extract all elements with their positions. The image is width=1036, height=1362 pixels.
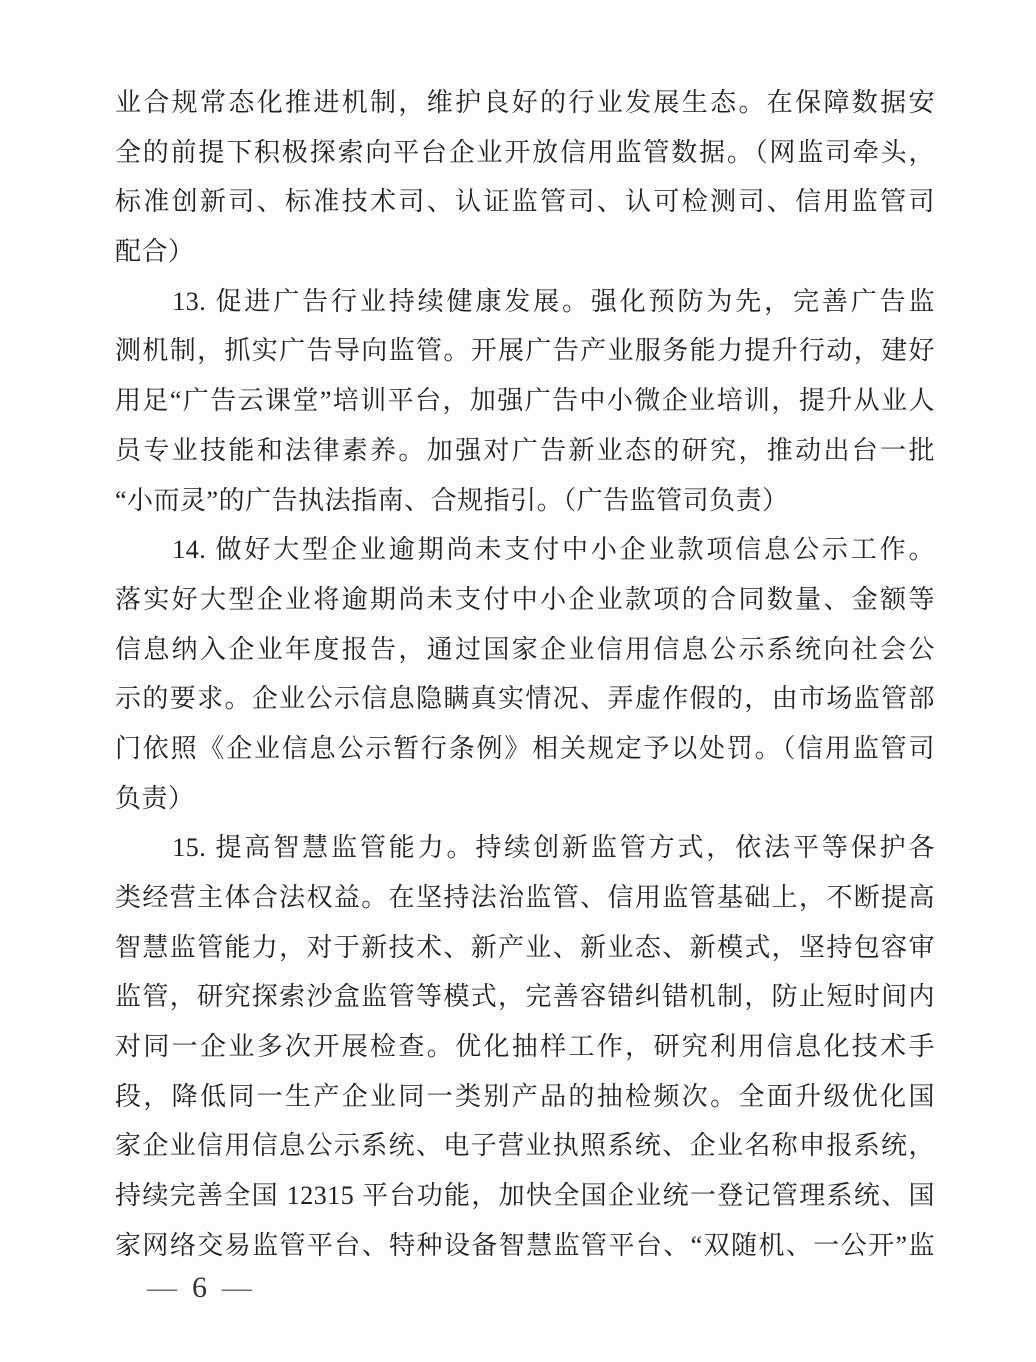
text-line: 用足“广告云课堂”培训平台，加强广告中小微企业培训，提升从业人 (115, 376, 935, 426)
text-line: 家企业信用信息公示系统、电子营业执照系统、企业名称申报系统， (115, 1121, 935, 1171)
page-footer: — 6 — (147, 1266, 252, 1310)
text-line: 智慧监管能力，对于新技术、新产业、新业态、新模式，坚持包容审慎 (115, 923, 935, 973)
document-body: 业合规常态化推进机制，维护良好的行业发展生态。在保障数据安全的前提下积极探索向平… (115, 78, 935, 1271)
text-line: 15. 提高智慧监管能力。持续创新监管方式，依法平等保护各 (115, 823, 935, 873)
text-line: 监管，研究探索沙盒监管等模式，完善容错纠错机制，防止短时间内 (115, 972, 935, 1022)
text-line: 业合规常态化推进机制，维护良好的行业发展生态。在保障数据安 (115, 78, 935, 128)
text-line: 标准创新司、标准技术司、认证监管司、认可检测司、信用监管司 (115, 177, 935, 227)
text-line: 测机制，抓实广告导向监管。开展广告产业服务能力提升行动，建好 (115, 326, 935, 376)
text-line: 负责） (115, 774, 935, 824)
text-line: 家网络交易监管平台、特种设备智慧监管平台、“双随机、一公开”监 (115, 1221, 935, 1271)
document-page: 业合规常态化推进机制，维护良好的行业发展生态。在保障数据安全的前提下积极探索向平… (0, 0, 1036, 1362)
text-line: 类经营主体合法权益。在坚持法治监管、信用监管基础上，不断提高 (115, 873, 935, 923)
page-number: 6 (192, 1273, 207, 1303)
text-line: 示的要求。企业公示信息隐瞒真实情况、弄虚作假的，由市场监管部 (115, 674, 935, 724)
text-line: 14. 做好大型企业逾期尚未支付中小企业款项信息公示工作。 (115, 525, 935, 575)
text-line: 13. 促进广告行业持续健康发展。强化预防为先，完善广告监 (115, 277, 935, 327)
text-line: 段，降低同一生产企业同一类别产品的抽检频次。全面升级优化国 (115, 1072, 935, 1122)
text-line: 全的前提下积极探索向平台企业开放信用监管数据。（网监司牵头， (115, 128, 935, 178)
text-line: 员专业技能和法律素养。加强对广告新业态的研究，推动出台一批 (115, 426, 935, 476)
text-line: 落实好大型企业将逾期尚未支付中小企业款项的合同数量、金额等 (115, 575, 935, 625)
text-line: 持续完善全国 12315 平台功能，加快全国企业统一登记管理系统、国 (115, 1171, 935, 1221)
text-line: 门依照《企业信息公示暂行条例》相关规定予以处罚。（信用监管司 (115, 724, 935, 774)
text-line: “小而灵”的广告执法指南、合规指引。（广告监管司负责） (115, 476, 935, 526)
text-line: 对同一企业多次开展检查。优化抽样工作，研究利用信息化技术手 (115, 1022, 935, 1072)
text-line: 信息纳入企业年度报告，通过国家企业信用信息公示系统向社会公 (115, 625, 935, 675)
footer-right-dash: — (222, 1273, 252, 1303)
footer-left-dash: — (147, 1273, 177, 1303)
text-line: 配合） (115, 227, 935, 277)
